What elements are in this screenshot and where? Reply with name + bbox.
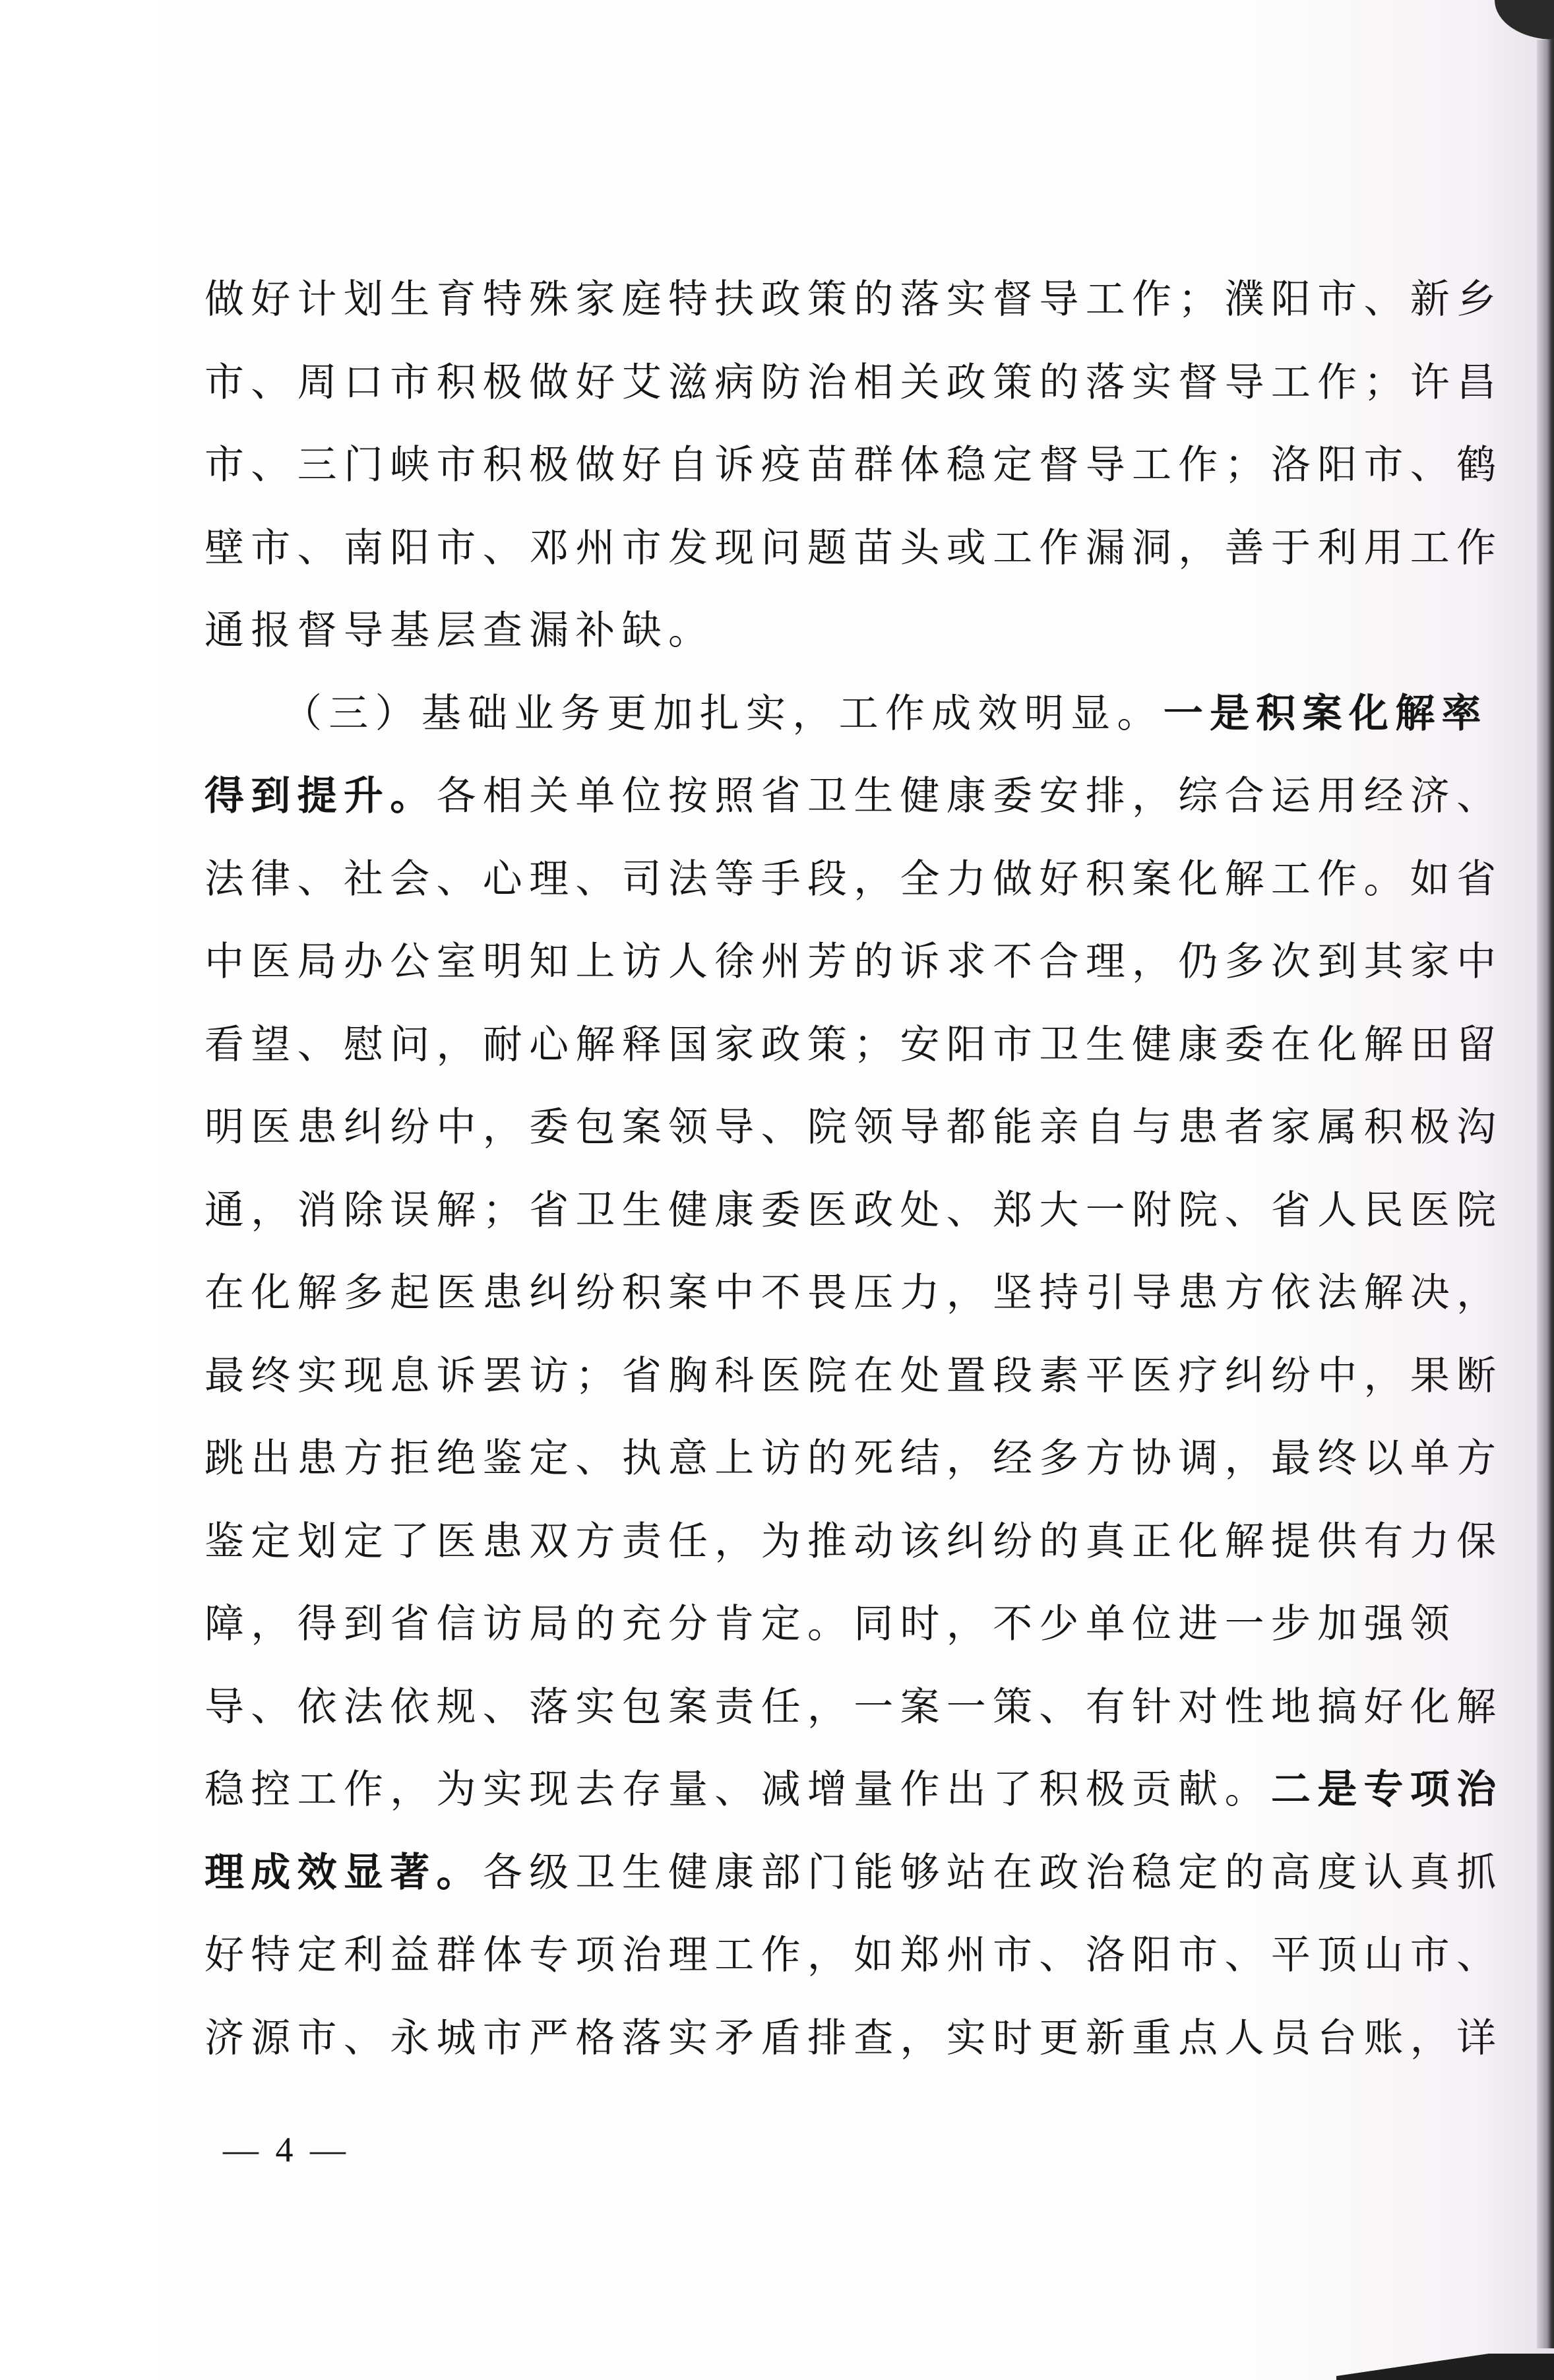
- text-line: 法律、社会、心理、司法等手段，全力做好积案化解工作。如省: [204, 838, 1379, 922]
- text-run: 济源市、永城市严格落实矛盾排查，实时更新重点人员台账，详: [204, 2015, 1503, 2061]
- bold-lead-phrase: 得到提升。: [204, 773, 437, 819]
- text-line: 导、依法依规、落实包案责任，一案一策、有针对性地搞好化解: [204, 1666, 1379, 1749]
- text-run: 导、依法依规、落实包案责任，一案一策、有针对性地搞好化解: [204, 1684, 1503, 1730]
- text-run: 各相关单位按照省卫生健康委安排，综合运用经济、: [437, 773, 1503, 819]
- text-line: 好特定利益群体专项治理工作，如郑州市、洛阳市、平顶山市、: [204, 1914, 1379, 1997]
- text-line: 通报督导基层查漏补缺。: [204, 590, 1379, 673]
- text-line: 通，消除误解；省卫生健康委医政处、郑大一附院、省人民医院: [204, 1170, 1379, 1253]
- text-run: 稳控工作，为实现去存量、减增量作出了积极贡献。: [204, 1767, 1271, 1813]
- text-line: 市、三门峡市积极做好自诉疫苗群体稳定督导工作；洛阳市、鹤: [204, 424, 1379, 507]
- page-corner-shadow: [1495, 0, 1554, 40]
- text-line: 鉴定划定了医患双方责任，为推动该纠纷的真正化解提供有力保: [204, 1501, 1379, 1584]
- page-bottom-edge: [1336, 2354, 1554, 2380]
- text-line: 市、周口市积极做好艾滋病防治相关政策的落实督导工作；许昌: [204, 342, 1379, 425]
- text-line: 跳出患方拒绝鉴定、执意上访的死结，经多方协调，最终以单方: [204, 1418, 1379, 1501]
- text-line: 在化解多起医患纠纷积案中不畏压力，坚持引导患方依法解决，: [204, 1252, 1379, 1335]
- text-line: 得到提升。各相关单位按照省卫生健康委安排，综合运用经济、: [204, 755, 1379, 838]
- text-line: 最终实现息诉罢访；省胸科医院在处置段素平医疗纠纷中，果断: [204, 1335, 1379, 1418]
- text-run: 好特定利益群体专项治理工作，如郑州市、洛阳市、平顶山市、: [204, 1932, 1503, 1978]
- section-heading: （三）基础业务更加扎实，工作成效明显。: [282, 691, 1164, 737]
- text-line: 稳控工作，为实现去存量、减增量作出了积极贡献。二是专项治: [204, 1749, 1379, 1832]
- text-line: 壁市、南阳市、邓州市发现问题苗头或工作漏洞，善于利用工作: [204, 507, 1379, 590]
- text-run: 市、周口市积极做好艾滋病防治相关政策的落实督导工作；许昌: [204, 360, 1503, 406]
- bold-lead-phrase: 理成效显著。: [204, 1850, 483, 1896]
- text-run: 壁市、南阳市、邓州市发现问题苗头或工作漏洞，善于利用工作: [204, 525, 1503, 571]
- text-line: 中医局办公室明知上访人徐州芳的诉求不合理，仍多次到其家中: [204, 921, 1379, 1004]
- paragraph-continuation: 做好计划生育特殊家庭特扶政策的落实督导工作；濮阳市、新乡 市、周口市积极做好艾滋…: [204, 259, 1379, 673]
- text-line: 明医患纠纷中，委包案领导、院领导都能亲自与患者家属积极沟: [204, 1086, 1379, 1170]
- text-line: 做好计划生育特殊家庭特扶政策的落实督导工作；濮阳市、新乡: [204, 259, 1379, 342]
- page-number: — 4 —: [223, 2129, 350, 2170]
- text-run: 通，消除误解；省卫生健康委医政处、郑大一附院、省人民医院: [204, 1187, 1503, 1234]
- scanned-document-page: 做好计划生育特殊家庭特扶政策的落实督导工作；濮阳市、新乡 市、周口市积极做好艾滋…: [0, 0, 1554, 2380]
- text-run: 市、三门峡市积极做好自诉疫苗群体稳定督导工作；洛阳市、鹤: [204, 442, 1503, 488]
- text-run: 障，得到省信访局的充分肯定。同时，不少单位进一步加强领: [204, 1601, 1456, 1647]
- bold-lead-phrase: 二是专项治: [1271, 1767, 1503, 1813]
- text-run: 看望、慰问，耐心解释国家政策；安阳市卫生健康委在化解田留: [204, 1022, 1503, 1068]
- text-line: 济源市、永城市严格落实矛盾排查，实时更新重点人员台账，详: [204, 1997, 1379, 2081]
- text-run: 各级卫生健康部门能够站在政治稳定的高度认真抓: [483, 1850, 1503, 1896]
- text-run: 跳出患方拒绝鉴定、执意上访的死结，经多方协调，最终以单方: [204, 1435, 1503, 1482]
- text-run: 通报督导基层查漏补缺。: [204, 608, 714, 654]
- text-run: 最终实现息诉罢访；省胸科医院在处置段素平医疗纠纷中，果断: [204, 1353, 1503, 1399]
- paragraph-section-3: （三）基础业务更加扎实，工作成效明显。一是积案化解率 得到提升。各相关单位按照省…: [204, 673, 1379, 2081]
- section-heading-line: （三）基础业务更加扎实，工作成效明显。一是积案化解率: [204, 673, 1379, 756]
- bold-lead-phrase: 一是积案化解率: [1164, 691, 1488, 737]
- text-run: 在化解多起医患纠纷积案中不畏压力，坚持引导患方依法解决，: [204, 1270, 1503, 1316]
- text-line: 看望、慰问，耐心解释国家政策；安阳市卫生健康委在化解田留: [204, 1004, 1379, 1087]
- text-line: 障，得到省信访局的充分肯定。同时，不少单位进一步加强领: [204, 1583, 1379, 1666]
- text-run: 做好计划生育特殊家庭特扶政策的落实督导工作；濮阳市、新乡: [204, 276, 1503, 323]
- text-run: 鉴定划定了医患双方责任，为推动该纠纷的真正化解提供有力保: [204, 1519, 1503, 1565]
- page-edge-shadow: [1537, 40, 1554, 2348]
- text-run: 中医局办公室明知上访人徐州芳的诉求不合理，仍多次到其家中: [204, 939, 1503, 985]
- body-text: 做好计划生育特殊家庭特扶政策的落实督导工作；濮阳市、新乡 市、周口市积极做好艾滋…: [204, 259, 1379, 2080]
- text-run: 法律、社会、心理、司法等手段，全力做好积案化解工作。如省: [204, 856, 1503, 902]
- text-run: 明医患纠纷中，委包案领导、院领导都能亲自与患者家属积极沟: [204, 1104, 1503, 1150]
- text-line: 理成效显著。各级卫生健康部门能够站在政治稳定的高度认真抓: [204, 1832, 1379, 1915]
